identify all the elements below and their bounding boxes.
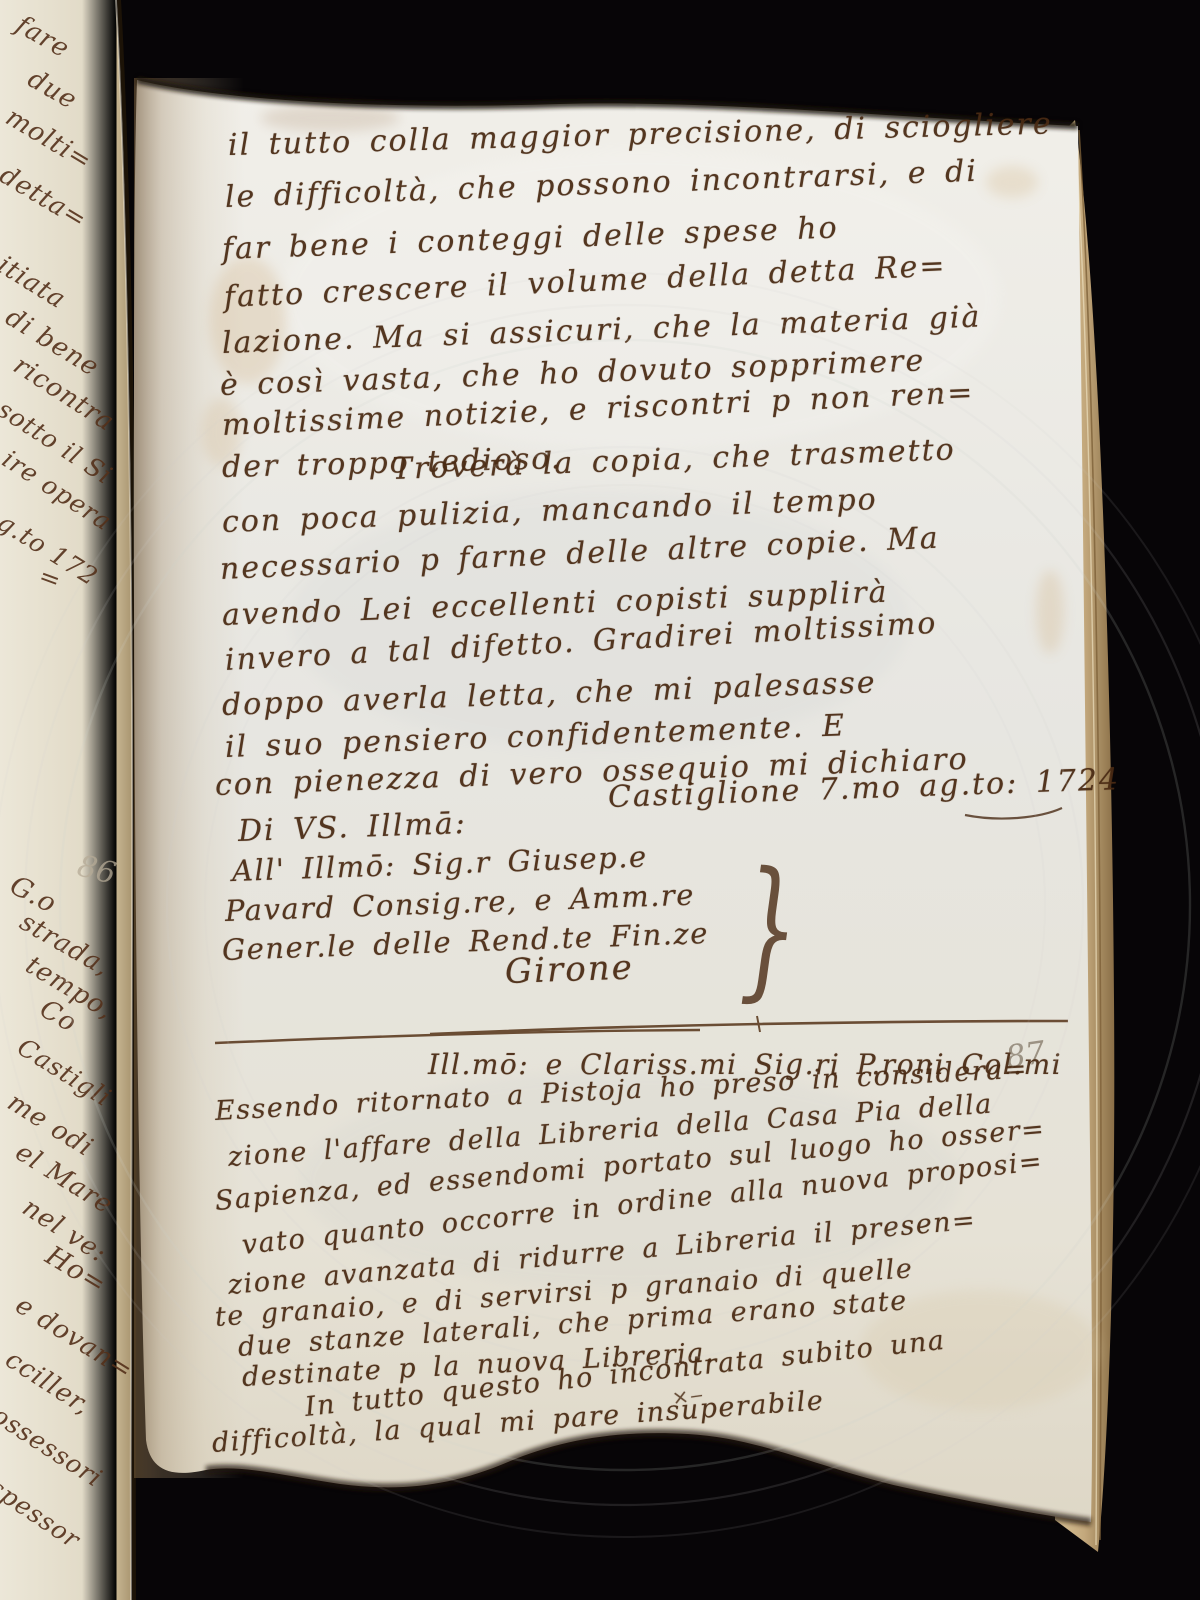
text-fragment: fare xyxy=(11,10,75,64)
insertion-mark: ×‒ xyxy=(670,1382,706,1410)
text-fragment: spessor xyxy=(0,1472,86,1554)
manuscript-line: le difficoltà, che possono incontrarsi, … xyxy=(224,154,978,215)
address-brace: } xyxy=(738,838,800,1018)
text-fragment: ossessori xyxy=(0,1400,108,1492)
text-fragment: itiata xyxy=(0,250,71,315)
text-fragment: due xyxy=(23,64,83,116)
text-fragment: = xyxy=(35,561,66,596)
manuscript-photo: fare due molti= detta= itiata di bene ri… xyxy=(0,0,1200,1600)
signature: Girone xyxy=(504,948,634,992)
left-page-fragments: fare due molti= detta= itiata di bene ri… xyxy=(0,0,150,1600)
valediction-line: Di VS. Illmā: xyxy=(237,806,467,849)
manuscript-line: Troverà la copia, che trasmetto xyxy=(391,432,956,487)
